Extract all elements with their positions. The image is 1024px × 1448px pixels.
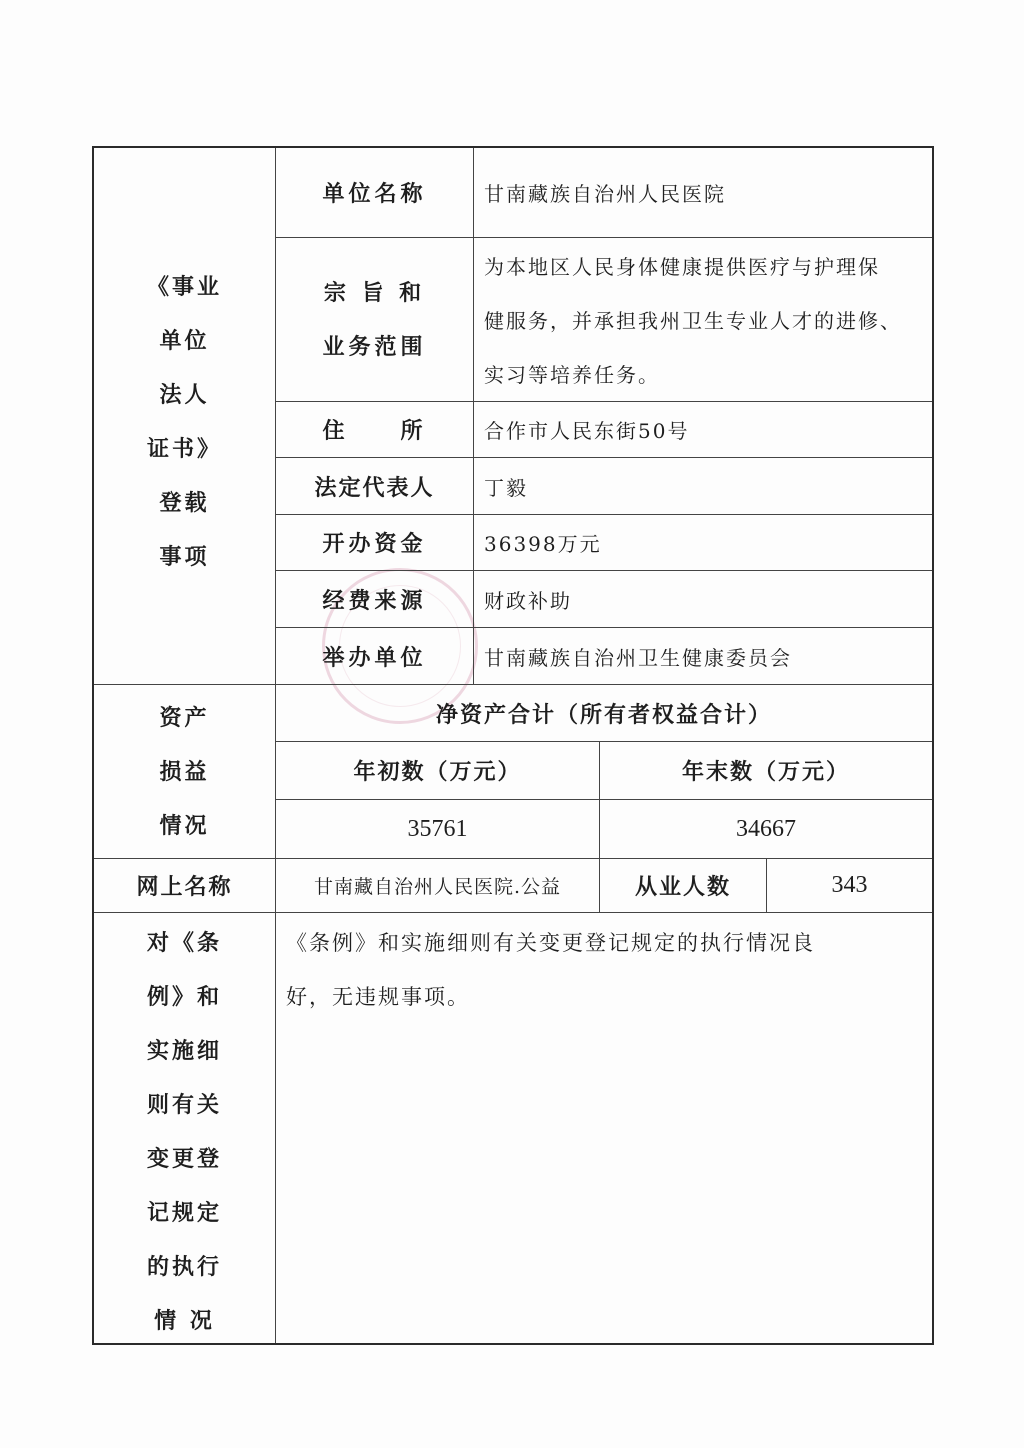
assets-section-title: 资产 损益 情况 [94, 685, 276, 859]
title-line: 证书》 [147, 422, 222, 476]
title-line: 登载 [159, 476, 209, 530]
legal-representative-value: 丁毅 [474, 458, 932, 515]
sponsor-unit-value: 甘南藏族自治州卫生健康委员会 [474, 628, 932, 685]
start-of-year-value: 35761 [276, 800, 600, 859]
title-line: 情况 [159, 799, 209, 853]
title-line: 则有关 [147, 1078, 222, 1132]
legal-representative-label: 法定代表人 [276, 458, 474, 515]
unit-name-value: 甘南藏族自治州人民医院 [474, 148, 932, 238]
title-line: 对《条 [147, 916, 222, 970]
address-label: 住 所 [276, 402, 474, 458]
title-line: 实施细 [147, 1024, 222, 1078]
title-line: 法人 [159, 368, 209, 422]
title-line: 例》和 [147, 970, 222, 1024]
title-line: 事项 [159, 530, 209, 584]
title-line: 《事业 [147, 260, 222, 314]
purpose-label-line: 业务范围 [322, 320, 426, 374]
registration-section-title: 《事业 单位 法人 证书》 登载 事项 [94, 148, 276, 685]
unit-name-label: 单位名称 [276, 148, 474, 238]
compliance-line: 《条例》和实施细则有关变更登记规定的执行情况良 [286, 916, 815, 970]
compliance-section-title: 对《条 例》和 实施细 则有关 变更登 记规定 的执行 情 况 [94, 913, 276, 1343]
purpose-label-line: 宗 旨 和 [324, 266, 425, 320]
end-of-year-label: 年末数（万元） [600, 742, 932, 800]
registered-capital-value: 36398万元 [474, 515, 932, 571]
purpose-line: 实习等培养任务。 [484, 348, 660, 402]
funding-source-value: 财政补助 [474, 571, 932, 628]
purpose-value: 为本地区人民身体健康提供医疗与护理保 健服务，并承担我州卫生专业人才的进修、 实… [474, 238, 932, 402]
address-value: 合作市人民东街50号 [474, 402, 932, 458]
compliance-text: 《条例》和实施细则有关变更登记规定的执行情况良 好，无违规事项。 [276, 913, 932, 1343]
net-assets-header: 净资产合计（所有者权益合计） [276, 685, 932, 742]
funding-source-label: 经费来源 [276, 571, 474, 628]
title-line: 损益 [159, 745, 209, 799]
online-name-value: 甘南藏自治州人民医院.公益 [276, 859, 600, 913]
purpose-line: 为本地区人民身体健康提供医疗与护理保 [484, 240, 880, 294]
title-line: 记规定 [147, 1186, 222, 1240]
compliance-line: 好，无违规事项。 [286, 970, 470, 1024]
title-line: 变更登 [147, 1132, 222, 1186]
purpose-line: 健服务，并承担我州卫生专业人才的进修、 [484, 294, 902, 348]
title-line: 资产 [159, 691, 209, 745]
staff-count-value: 343 [767, 859, 932, 913]
title-line: 单位 [159, 314, 209, 368]
online-name-label: 网上名称 [94, 859, 276, 913]
start-of-year-label: 年初数（万元） [276, 742, 600, 800]
registration-table: 《事业 单位 法人 证书》 登载 事项 单位名称 甘南藏族自治州人民医院 宗 旨… [92, 146, 934, 1345]
staff-count-label: 从业人数 [600, 859, 767, 913]
registered-capital-label: 开办资金 [276, 515, 474, 571]
end-of-year-value: 34667 [600, 800, 932, 859]
title-line: 情 况 [154, 1294, 215, 1348]
title-line: 的执行 [147, 1240, 222, 1294]
report-page: 《事业 单位 法人 证书》 登载 事项 单位名称 甘南藏族自治州人民医院 宗 旨… [0, 0, 1024, 1448]
purpose-label: 宗 旨 和 业务范围 [276, 238, 474, 402]
sponsor-unit-label: 举办单位 [276, 628, 474, 685]
